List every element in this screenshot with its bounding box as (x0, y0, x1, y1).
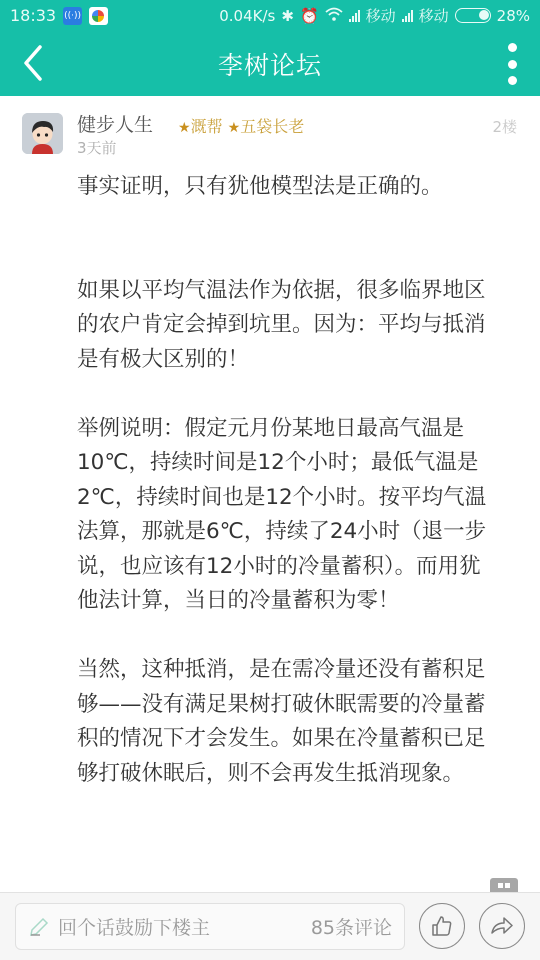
comment-count[interactable]: 85条评论 (311, 913, 392, 940)
comment-placeholder: 回个话鼓励下楼主 (58, 913, 210, 940)
carrier-2: 移动 (419, 5, 449, 26)
signal-icon-2 (402, 10, 413, 22)
paragraph: 当然，这种抵消，是在需冷量还没有蓄积足够——没有满足果树打破休眠需要的冷量蓄积的… (77, 653, 497, 791)
signal-icon-1 (349, 10, 360, 22)
floor-number: 2楼 (492, 116, 517, 137)
avatar[interactable] (22, 113, 63, 154)
comment-input[interactable]: 回个话鼓励下楼主 85条评论 (15, 903, 405, 950)
paragraph: 如果以平均气温法作为依据，很多临界地区的农户肯定会掉到坑里。因为：平均与抵消是有… (77, 274, 497, 378)
blank-line (77, 205, 497, 240)
paragraph: 举例说明：假定元月份某地日最高气温是10℃，持续时间是12个小时；最低气温是2℃… (77, 412, 497, 619)
more-dot-icon (508, 76, 517, 85)
thumbs-up-icon (430, 914, 454, 938)
more-dot-icon (508, 60, 517, 69)
battery-icon (455, 8, 491, 23)
author-name[interactable]: 健步人生 (77, 110, 153, 137)
like-button[interactable] (419, 903, 465, 949)
page-title: 李树论坛 (218, 46, 322, 82)
star-icon: ★ (228, 120, 241, 136)
notification-app-icon: ((·)) (63, 7, 82, 25)
blank-line (77, 239, 497, 274)
badge-label: 五袋长老 (240, 117, 304, 136)
share-arrow-icon (489, 914, 515, 938)
notification-browser-icon (89, 7, 108, 25)
post-time: 3天前 (77, 137, 117, 158)
more-dot-icon (508, 43, 517, 52)
more-options-button[interactable] (504, 43, 520, 85)
share-button[interactable] (479, 903, 525, 949)
alarm-icon: ⏰ (300, 7, 319, 25)
status-bar: 18:33 ((·)) 0.04K/s ✱ ⏰ 移动 移动 28% (0, 0, 540, 31)
blank-line (77, 377, 497, 412)
edit-icon (28, 916, 50, 938)
floating-comment-icon[interactable] (490, 878, 518, 892)
carrier-1: 移动 (366, 5, 396, 26)
status-time: 18:33 (10, 6, 56, 25)
wifi-icon (325, 7, 343, 25)
blank-line (77, 619, 497, 654)
chevron-left-icon (18, 43, 54, 83)
net-speed: 0.04K/s (219, 7, 275, 25)
bluetooth-icon: ✱ (281, 7, 294, 25)
app-bar: 李树论坛 (0, 31, 540, 96)
post-content: 事实证明，只有犹他模型法是正确的。 如果以平均气温法作为依据，很多临界地区的农户… (77, 170, 497, 791)
author-badges: ★溉帮 ★五袋长老 (178, 114, 304, 137)
back-button[interactable] (18, 43, 54, 83)
bottom-action-bar: 回个话鼓励下楼主 85条评论 (0, 892, 540, 960)
star-icon: ★ (178, 120, 191, 136)
battery-level: 28% (497, 7, 530, 25)
badge-label: 溉帮 (191, 117, 223, 136)
paragraph: 事实证明，只有犹他模型法是正确的。 (77, 170, 497, 205)
avatar-cartoon-icon (22, 113, 63, 154)
